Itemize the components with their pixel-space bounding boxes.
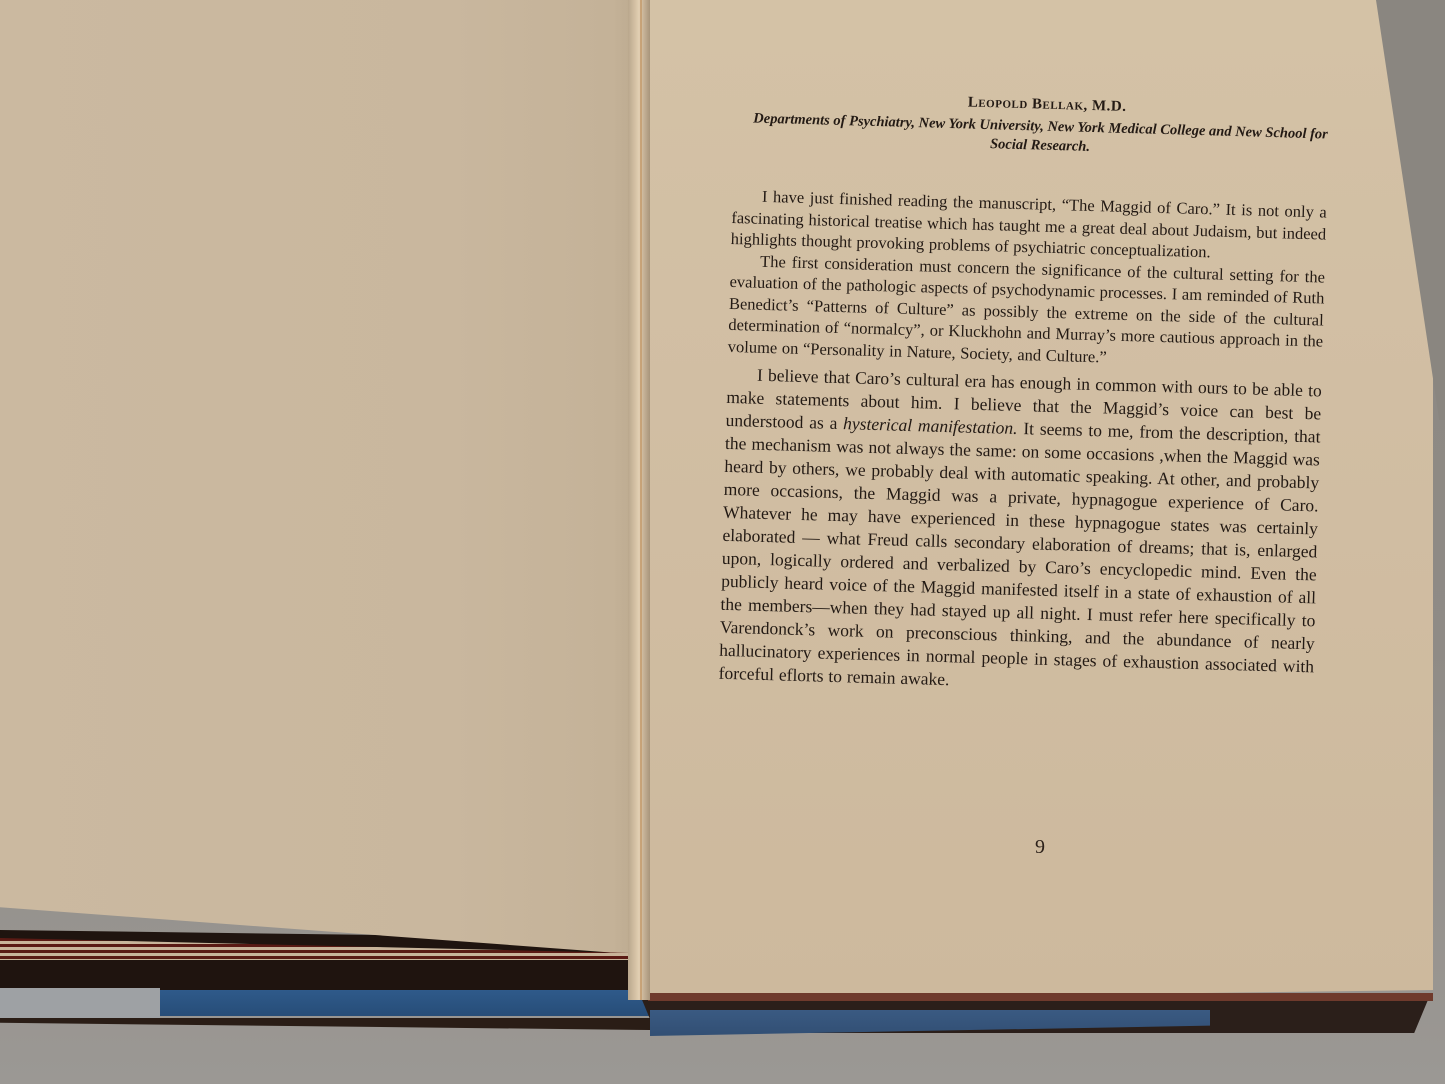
page-text-block: Leopold Bellak, M.D. Departments of Psyc… [718,88,1329,701]
page-number: 9 [1035,836,1045,859]
gutter-binding-line [640,0,642,1000]
body-text: I have just finished reading the manuscr… [718,185,1327,701]
paragraph-3: I believe that Caro’s cultural era has e… [718,363,1322,701]
right-page-bottom-edge [648,993,1433,1001]
paragraph-3-rest: It seems to me, from the description, th… [718,418,1320,689]
blank-left-page [0,0,645,955]
book-cover-left-cloth [160,990,650,1016]
book-gutter [628,0,650,1000]
paragraph-3-italic-term: hysterical manifestation. [843,413,1018,438]
paragraph-2: The first consideration must concern the… [727,249,1325,373]
book-cover-left-label [0,988,160,1018]
